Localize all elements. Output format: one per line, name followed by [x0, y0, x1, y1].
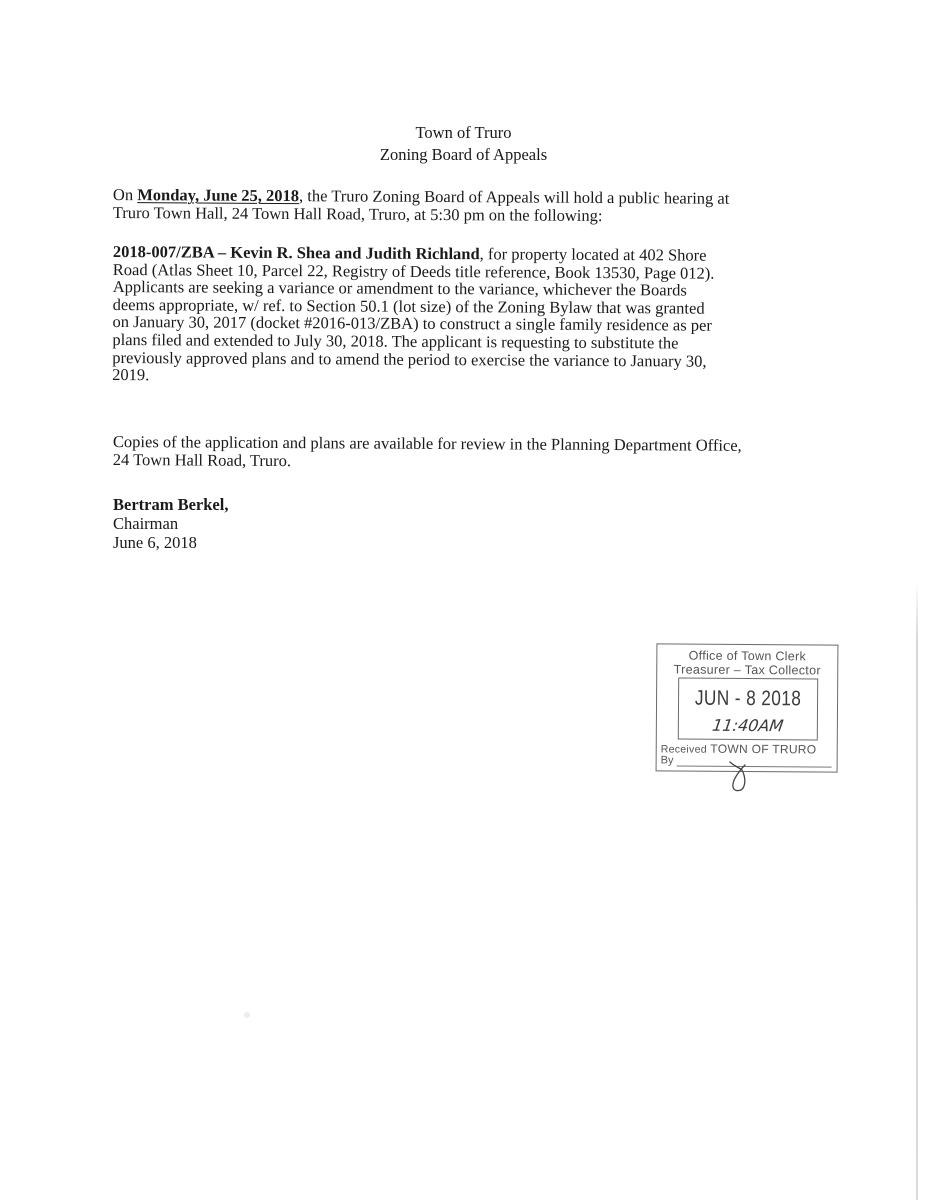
signatory-name: Bertram Berkel, [113, 495, 228, 514]
stamp-date: JUN - 8 2018 [691, 687, 804, 712]
stamp-treasurer-line: Treasurer – Tax Collector [657, 662, 837, 677]
stamp-received-line: Received TOWN OF TRURO [661, 741, 817, 756]
copies-paragraph: Copies of the application and plans are … [113, 433, 742, 472]
stamp-office-line: Office of Town Clerk [657, 648, 837, 663]
town-name: Town of Truro [0, 122, 927, 144]
document-page: Town of Truro Zoning Board of Appeals On… [0, 0, 927, 1200]
scan-edge-line [916, 580, 918, 1200]
stamp-time: 11:40AM [677, 716, 818, 736]
stamp-date-box: JUN - 8 2018 11:40AM [678, 678, 818, 741]
hearing-date: Monday, June 25, 2018 [137, 185, 299, 205]
hearing-intro-paragraph: On Monday, June 25, 2018, the Truro Zoni… [113, 186, 730, 225]
stamp-signature-line [677, 766, 832, 768]
handwritten-initials-icon [726, 758, 750, 796]
received-stamp: Office of Town Clerk Treasurer – Tax Col… [656, 643, 839, 772]
scan-speck [244, 1012, 250, 1018]
stamp-by-label: By [661, 754, 674, 766]
signature-date: June 6, 2018 [113, 533, 228, 552]
case-paragraph: 2018-007/ZBA – Kevin R. Shea and Judith … [112, 243, 714, 387]
case-line: previously approved plans and to amend t… [112, 349, 714, 370]
board-name: Zoning Board of Appeals [0, 144, 927, 166]
signature-block: Bertram Berkel, Chairman June 6, 2018 [113, 495, 228, 552]
signatory-title: Chairman [113, 514, 228, 533]
